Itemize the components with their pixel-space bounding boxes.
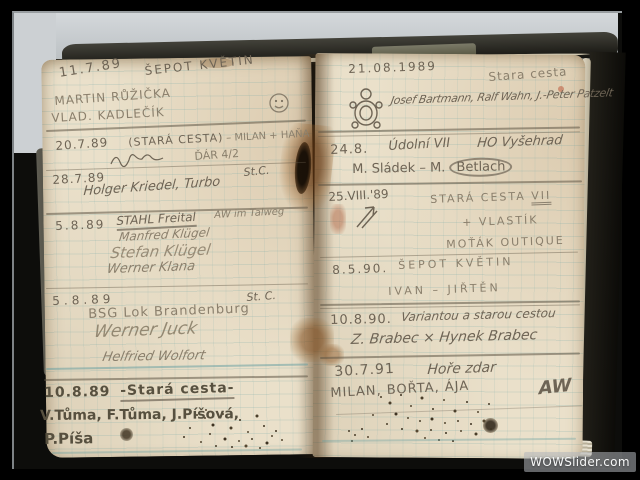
slide-stage: 11.7.89 ŠEPOT KVĚTIN MARTIN RŮŽIČKA VLAD… [0,0,640,480]
climber-name: P.Píša [44,429,93,448]
route-mark: St.C. [243,164,270,179]
climber-names: V.Tůma, F.Tůma, J.Píšová, [40,406,239,424]
climber-name: Werner Juck [92,318,198,342]
climber-name: Helfried Wolfort [101,348,207,365]
wowslider-watermark-link[interactable]: WOWSlider.com [524,452,636,472]
entry-date: 30.7.91 [334,361,395,380]
turtle-doodle-icon [346,86,386,132]
entry-date: 5.8.89 [55,217,106,233]
speckles-right-small [348,430,350,432]
entry-date: 8.5.90. [332,261,388,277]
circled-name: Betlach [449,157,512,177]
climber-names: M. Sládek – M. Betlach [352,157,513,179]
climber-name: Stefan Klügel [109,241,211,263]
entry-date: 10.8.89 [44,384,111,401]
arrow-doodle-icon [352,200,382,230]
smiley-doodle-icon [266,90,292,116]
club-name: HO Vyšehrad [476,133,563,151]
route-name: -Stará cesta- [120,380,235,402]
entry-date: 10.8.90. [330,312,392,328]
route-mark: St. C. [246,289,276,304]
climber-name: M. Sládek – M. [352,160,445,177]
greeting: Hoře zdar [427,360,497,378]
grade: VII [531,189,552,206]
route-note: + VLASTÍK [462,213,539,229]
initials-mark: AW [537,375,573,400]
route-name: STARÁ CESTA VII [430,189,552,206]
entry-date: 24.8. [330,142,369,158]
climber-name: Werner Klana [106,259,196,277]
